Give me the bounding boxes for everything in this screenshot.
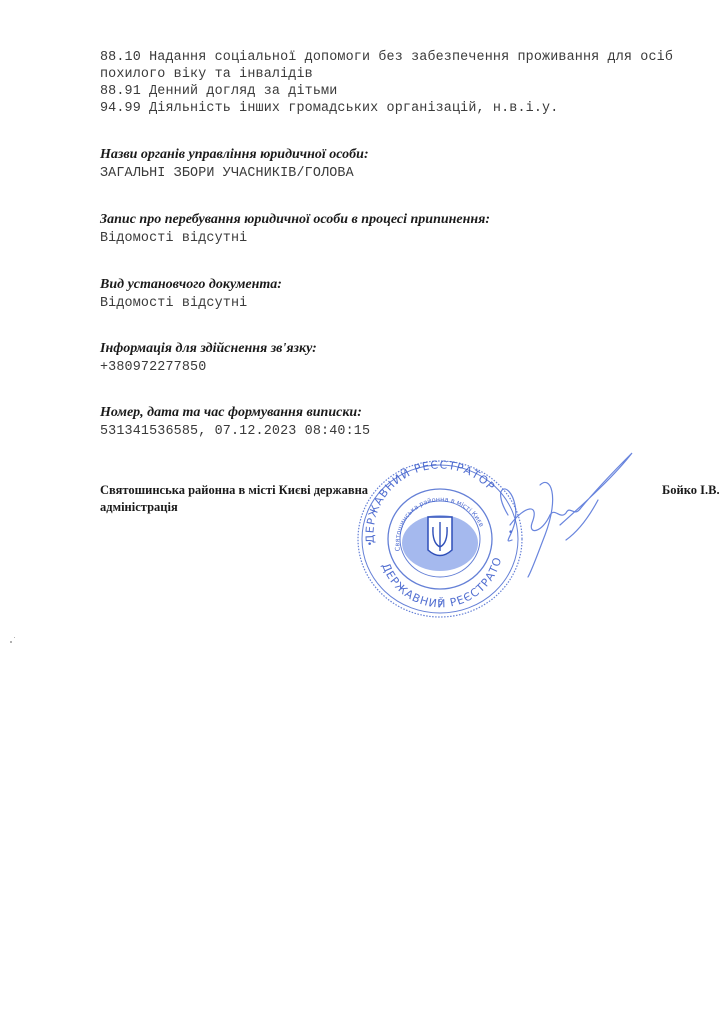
section-value-extract-number: 531341536585, 07.12.2023 08:40:15	[100, 424, 370, 439]
activity-code: 94.99	[100, 101, 141, 116]
svg-text:•: •	[367, 540, 372, 550]
section-value-contact-info: +380972277850	[100, 360, 206, 375]
scan-speck	[14, 637, 15, 638]
activity-line-4: 94.99 Діяльність інших громадських орган…	[100, 101, 558, 116]
section-value-governing-bodies: ЗАГАЛЬНІ ЗБОРИ УЧАСНИКІВ/ГОЛОВА	[100, 166, 354, 181]
activity-code: 88.91	[100, 84, 141, 99]
activity-text: Діяльність інших громадських організацій…	[149, 101, 558, 116]
issuing-authority: Святошинська районна в місті Києві держа…	[100, 482, 368, 516]
scan-speck	[10, 641, 12, 643]
signatory-name: Бойко І.В.	[662, 482, 720, 499]
section-heading-governing-bodies: Назви органів управління юридичної особи…	[100, 147, 369, 163]
svg-text:5: 5	[438, 598, 443, 607]
activity-text: Надання соціальної допомоги без забезпеч…	[149, 50, 673, 65]
activity-text: Денний догляд за дітьми	[149, 84, 337, 99]
section-heading-termination: Запис про перебування юридичної особи в …	[100, 212, 490, 228]
activity-text: похилого віку та інвалідів	[100, 67, 313, 82]
section-heading-extract-number: Номер, дата та час формування виписки:	[100, 405, 362, 421]
activity-line-1: 88.10 Надання соціальної допомоги без за…	[100, 50, 673, 65]
handwritten-signature	[470, 445, 640, 595]
section-value-founding-document: Відомості відсутні	[100, 296, 247, 311]
section-heading-contact-info: Інформація для здійснення зв'язку:	[100, 341, 317, 357]
section-value-termination: Відомості відсутні	[100, 231, 247, 246]
issuing-authority-line-2: адміністрація	[100, 499, 368, 516]
issuing-authority-line-1: Святошинська районна в місті Києві держа…	[100, 482, 368, 499]
activity-line-2: похилого віку та інвалідів	[100, 67, 313, 82]
activity-code: 88.10	[100, 50, 141, 65]
activity-line-3: 88.91 Денний догляд за дітьми	[100, 84, 337, 99]
section-heading-founding-document: Вид установчого документа:	[100, 277, 282, 293]
